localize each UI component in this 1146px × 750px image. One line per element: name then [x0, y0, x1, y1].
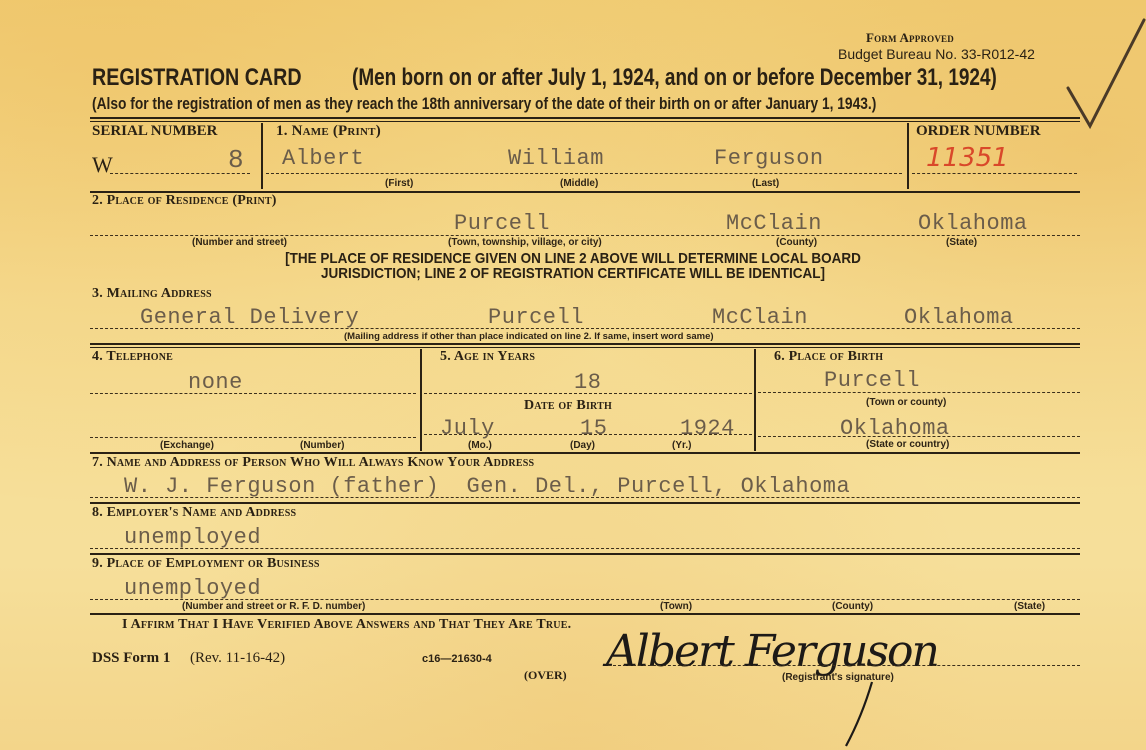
dob-label: Date of Birth [524, 398, 612, 414]
street-caption: (Number and street) [192, 237, 287, 248]
serial-number-label: SERIAL NUMBER [92, 123, 217, 140]
budget-bureau-number: Budget Bureau No. 33-R012-42 [838, 46, 1035, 62]
mailing-town-value[interactable]: Purcell [488, 305, 584, 330]
divider [90, 613, 1080, 615]
birthplace-label: 6. Place of Birth [774, 349, 883, 365]
residence-county-value[interactable]: McClain [726, 211, 822, 236]
mailing-county-value[interactable]: McClain [712, 305, 808, 330]
employment-state-caption: (State) [1014, 601, 1045, 612]
divider [90, 553, 1080, 555]
employment-place-label: 9. Place of Employment or Business [92, 556, 320, 572]
form-approved: Form Approved [866, 30, 954, 46]
employment-place-value[interactable]: unemployed [124, 576, 261, 601]
signature-descender [840, 680, 880, 750]
state-caption: (State) [946, 237, 977, 248]
registration-card: Form Approved Budget Bureau No. 33-R012-… [0, 0, 1146, 750]
exchange-caption: (Exchange) [160, 440, 214, 451]
divider [90, 121, 1080, 122]
divider [907, 123, 909, 189]
middle-name-value[interactable]: William [508, 146, 604, 171]
name-label: 1. Name (Print) [276, 123, 381, 140]
divider [90, 343, 1080, 345]
order-number-value[interactable]: 11351 [926, 143, 1009, 173]
birthplace-state-underline [758, 436, 1080, 437]
number-caption: (Number) [300, 440, 344, 451]
birthplace-town-underline [758, 392, 1080, 393]
divider [90, 347, 1080, 348]
telephone-label: 4. Telephone [92, 349, 173, 365]
telephone-underline [90, 393, 416, 394]
employment-place-underline [90, 599, 1080, 600]
contact-underline [90, 497, 1080, 498]
mailing-street-value[interactable]: General Delivery [140, 305, 359, 330]
contact-label: 7. Name and Address of Person Who Will A… [92, 455, 534, 471]
birthplace-state-value[interactable]: Oklahoma [840, 416, 950, 441]
employment-town-caption: (Town) [660, 601, 692, 612]
over-label: (OVER) [524, 668, 567, 683]
birthplace-town-caption: (Town or county) [866, 397, 946, 408]
month-caption: (Mo.) [468, 440, 492, 451]
mailing-underline [90, 328, 1080, 329]
last-caption: (Last) [752, 178, 779, 189]
first-name-value[interactable]: Albert [282, 146, 364, 171]
form-id: DSS Form 1 [92, 650, 170, 667]
employer-label: 8. Employer's Name and Address [92, 505, 296, 521]
age-value[interactable]: 18 [574, 370, 601, 395]
dob-underline [424, 434, 752, 435]
age-label: 5. Age in Years [440, 349, 535, 365]
divider [420, 349, 422, 451]
residence-notice-line2: JURISDICTION; LINE 2 OF REGISTRATION CER… [57, 265, 1088, 282]
print-code: c16—21630-4 [422, 653, 492, 665]
dob-year-value[interactable]: 1924 [680, 416, 735, 441]
order-number-label: ORDER NUMBER [916, 123, 1041, 140]
residence-label: 2. Place of Residence (Print) [92, 193, 277, 209]
employment-county-caption: (County) [832, 601, 873, 612]
telephone-value[interactable]: none [188, 370, 243, 395]
mailing-state-value[interactable]: Oklahoma [904, 305, 1014, 330]
dob-day-value[interactable]: 15 [580, 416, 607, 441]
name-underline [266, 173, 902, 174]
mailing-label: 3. Mailing Address [92, 286, 212, 302]
divider [754, 349, 756, 451]
residence-town-value[interactable]: Purcell [454, 211, 550, 236]
last-name-value[interactable]: Ferguson [714, 146, 824, 171]
first-caption: (First) [385, 178, 413, 189]
day-caption: (Day) [570, 440, 595, 451]
card-title-eligibility: (Men born on or after July 1, 1924, and … [352, 64, 997, 92]
order-underline [912, 173, 1077, 174]
signature-underline [608, 665, 1080, 666]
registrant-signature[interactable]: Albert Ferguson [606, 626, 938, 677]
mailing-caption: (Mailing address if other than place ind… [344, 331, 714, 342]
telephone-underline-2 [90, 437, 416, 438]
signature-caption: (Registrant's signature) [782, 672, 894, 683]
name-label-text: 1. Name (Print) [276, 123, 381, 139]
divider [90, 502, 1080, 504]
card-subtitle: (Also for the registration of men as the… [92, 94, 876, 114]
employment-street-caption: (Number and street or R. F. D. number) [182, 601, 365, 612]
residence-underline [90, 235, 1080, 236]
serial-prefix: W [92, 152, 113, 178]
age-underline [424, 393, 752, 394]
birthplace-state-caption: (State or country) [866, 439, 949, 450]
divider [261, 123, 263, 189]
serial-number-value[interactable]: 8 [228, 145, 244, 175]
residence-state-value[interactable]: Oklahoma [918, 211, 1028, 236]
checkmark-icon [1060, 18, 1146, 130]
county-caption: (County) [776, 237, 817, 248]
middle-caption: (Middle) [560, 178, 598, 189]
form-revision: (Rev. 11-16-42) [190, 650, 285, 667]
divider [90, 452, 1080, 454]
employer-value[interactable]: unemployed [124, 525, 261, 550]
serial-underline [110, 173, 250, 174]
town-caption: (Town, township, village, or city) [448, 237, 602, 248]
contact-value[interactable]: W. J. Ferguson (father) Gen. Del., Purce… [124, 474, 850, 499]
year-caption: (Yr.) [672, 440, 691, 451]
dob-month-value[interactable]: July [440, 416, 495, 441]
birthplace-town-value[interactable]: Purcell [824, 368, 920, 393]
divider [90, 117, 1080, 119]
employer-underline [90, 548, 1080, 549]
affirmation-text: I Affirm That I Have Verified Above Answ… [122, 617, 571, 633]
card-title: REGISTRATION CARD [92, 64, 302, 92]
